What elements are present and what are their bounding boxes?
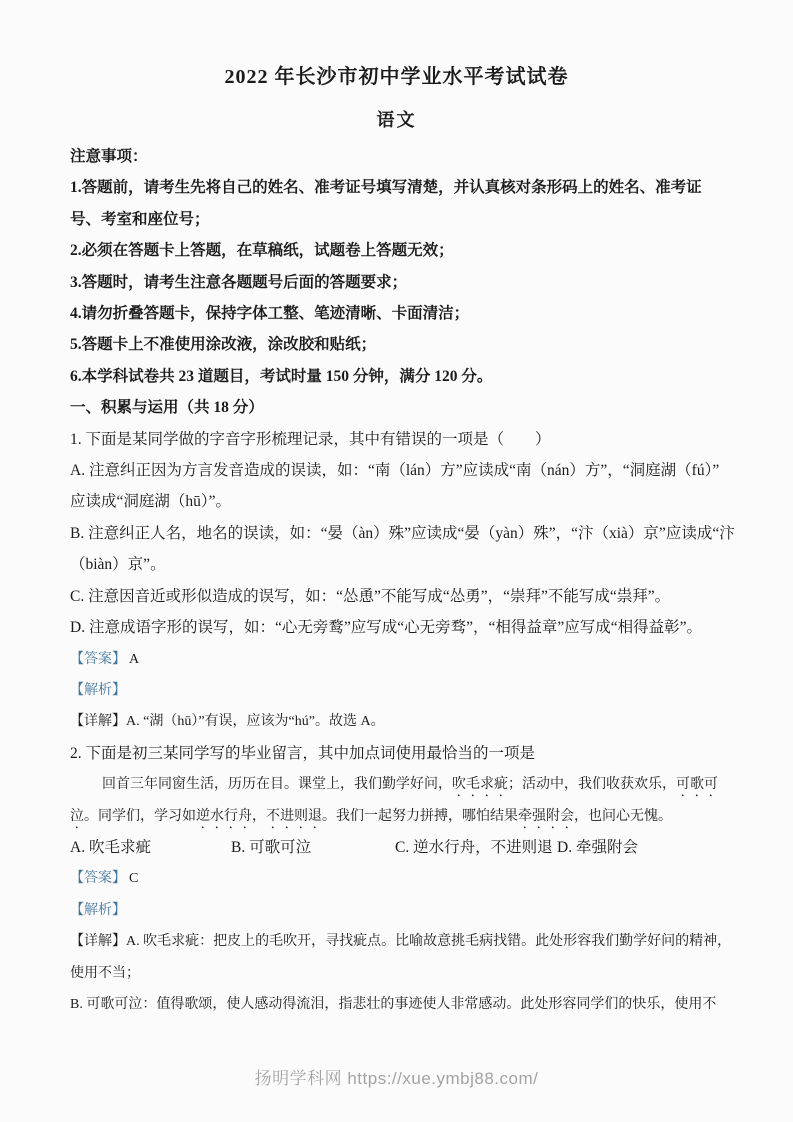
passage-text: ，也问心无愧。: [574, 809, 672, 824]
watermark-footer: 扬明学科网 https://xue.ymbj88.com/: [0, 1064, 793, 1089]
answer-value: A: [129, 652, 139, 667]
question-1-explanation: 【详解】A. “湖（hū）”有误，应该为“hú”。故选 A。: [70, 706, 723, 737]
notice-heading: 注意事项：: [70, 141, 723, 172]
bracket-tag: 【解析】: [70, 903, 126, 918]
emphasized-phrase: 牵强附会: [518, 809, 574, 824]
notice-item-3: 3.答题时，请考生注意各题题号后面的答题要求；: [70, 267, 723, 298]
passage-text: 。同学们，学习如: [84, 809, 196, 824]
notice-item-2: 2.必须在答题卡上答题，在草稿纸，试题卷上答题无效；: [70, 235, 723, 266]
question-1-option-b-line-1: B. 注意纠正人名，地名的误读，如：“晏（àn）殊”应读成“晏（yàn）殊”，“…: [70, 518, 723, 549]
question-2-passage-line-2: 泣。同学们，学习如逆水行舟，不进则退。我们一起努力拼搏，哪怕结果牵强附会，也问心…: [70, 801, 723, 832]
question-1-option-a-line-1: A. 注意纠正因为方言发音造成的误读，如：“南（lán）方”应读成“南（nán）…: [70, 455, 723, 486]
question-2-explanation-line-2: 使用不当；: [70, 958, 723, 989]
option-item: C. 逆水行舟，不进则退: [395, 832, 557, 863]
question-1-analysis-line: 【解析】: [70, 675, 723, 706]
bracket-tag: 【答案】: [70, 871, 126, 886]
emphasized-phrase: 逆水行舟，不进则退: [196, 809, 322, 824]
question-2-explanation-line-1: 【详解】A. 吹毛求疵：把皮上的毛吹开，寻找疵点。比喻故意挑毛病找错。此处形容我…: [70, 926, 723, 957]
question-1-answer-line: 【答案】A: [70, 644, 723, 675]
bracket-tag: 【解析】: [70, 683, 126, 698]
option-item: A. 吹毛求疵: [70, 832, 231, 863]
passage-text: 。我们一起努力拼搏，哪怕结果: [322, 809, 518, 824]
question-1-option-b-line-2: （biàn）京”。: [70, 549, 723, 580]
question-1-option-d: D. 注意成语字形的误写，如：“心无旁鹜”应写成“心无旁骛”，“相得益章”应写成…: [70, 612, 723, 643]
question-2-answer-line: 【答案】C: [70, 863, 723, 894]
notice-item-6: 6.本学科试卷共 23 道题目，考试时量 150 分钟，满分 120 分。: [70, 361, 723, 392]
page-title: 2022 年长沙市初中学业水平考试试卷: [0, 0, 793, 92]
notice-item-5: 5.答题卡上不准使用涂改液，涂改胶和贴纸；: [70, 329, 723, 360]
subject-title: 语文: [0, 105, 793, 135]
emphasized-phrase: 泣: [70, 809, 84, 824]
option-item: B. 可歌可泣: [231, 832, 395, 863]
question-2-stem: 2. 下面是初三某同学写的毕业留言，其中加点词使用最恰当的一项是: [70, 738, 723, 769]
notice-item-4: 4.请勿折叠答题卡，保持字体工整、笔迹清晰、卡面清洁；: [70, 298, 723, 329]
question-1-option-a-line-2: 应读成“洞庭湖（hū）”。: [70, 486, 723, 517]
option-item: D. 牵强附会: [557, 832, 638, 863]
passage-text: ；活动中，我们收获欢乐，: [508, 777, 676, 792]
question-2-explanation-line-3: B. 可歌可泣：值得歌颂，使人感动得流泪，指悲壮的事迹使人非常感动。此处形容同学…: [70, 989, 723, 1020]
question-2-analysis-line: 【解析】: [70, 895, 723, 926]
emphasized-phrase: 可歌可: [676, 777, 718, 792]
notice-item-1-line-1: 1.答题前，请考生先将自己的姓名、准考证号填写清楚，并认真核对条形码上的姓名、准…: [70, 172, 723, 203]
question-1-option-c: C. 注意因音近或形似造成的误写，如：“怂恿”不能写成“怂勇”，“崇拜”不能写成…: [70, 581, 723, 612]
passage-text: 回首三年同窗生活，历历在目。课堂上，我们勤学好问，: [102, 777, 452, 792]
bracket-tag: 【答案】: [70, 652, 126, 667]
notice-item-1-line-2: 号、考室和座位号；: [70, 204, 723, 235]
emphasized-phrase: 吹毛求疵: [452, 777, 508, 792]
question-2-options-row: A. 吹毛求疵B. 可歌可泣C. 逆水行舟，不进则退D. 牵强附会: [70, 832, 723, 863]
question-2-passage-line-1: 回首三年同窗生活，历历在目。课堂上，我们勤学好问，吹毛求疵；活动中，我们收获欢乐…: [70, 769, 723, 800]
document-body: 注意事项：1.答题前，请考生先将自己的姓名、准考证号填写清楚，并认真核对条形码上…: [70, 141, 723, 1020]
section-heading: 一、积累与运用（共 18 分）: [70, 392, 723, 423]
answer-value: C: [129, 871, 138, 886]
question-1-stem: 1. 下面是某同学做的字音字形梳理记录，其中有错误的一项是（ ）: [70, 424, 723, 455]
